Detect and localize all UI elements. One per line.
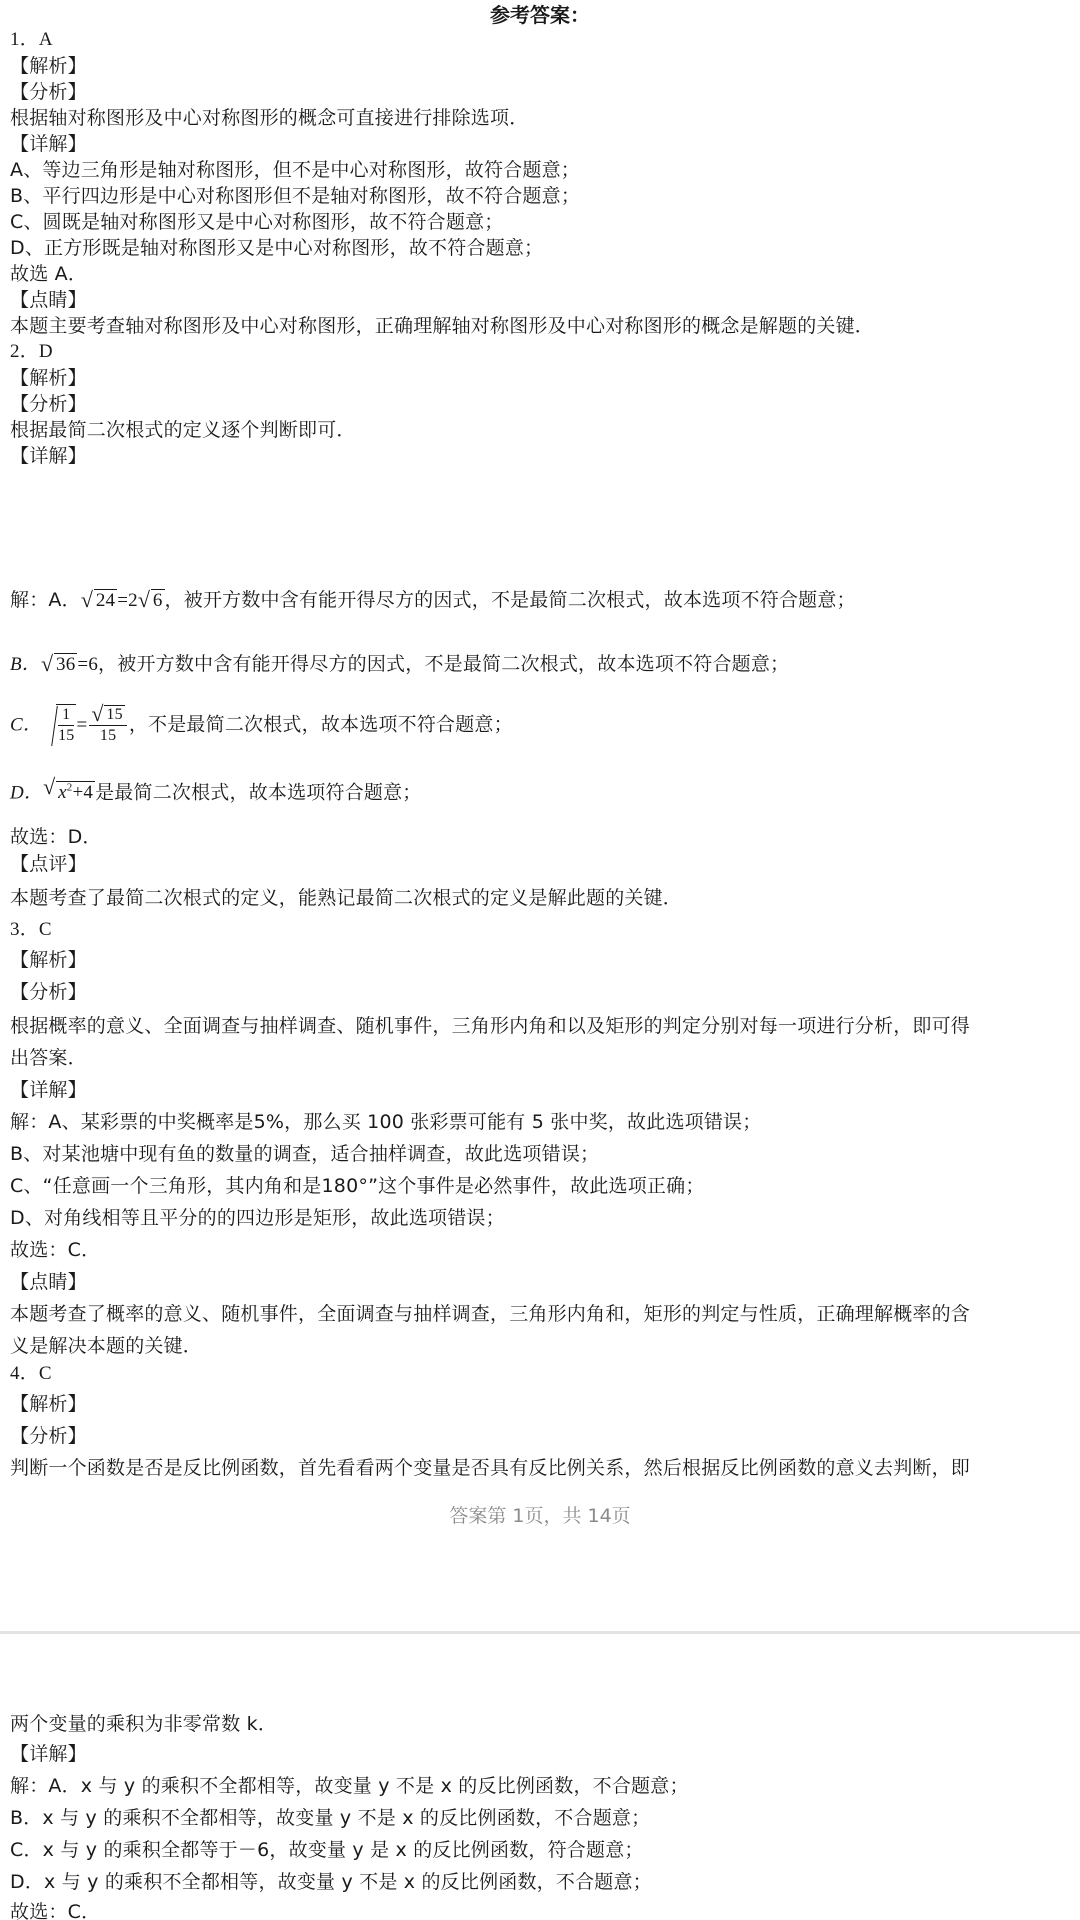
page-divider (0, 1631, 1080, 1634)
q2-xiangjie-heading: 【详解】 (10, 444, 87, 468)
q3-answer: 3．C (10, 918, 52, 942)
q3-fenxi-text-2: 出答案． (10, 1046, 87, 1070)
q4-option-b: B．x 与 y 的乘积不全都相等，故变量 y 不是 x 的反比例函数，不合题意； (10, 1806, 650, 1830)
q4-fenxi-heading: 【分析】 (10, 1424, 87, 1448)
q3-jiexi-heading: 【解析】 (10, 948, 87, 972)
q2-fenxi-text: 根据最简二次根式的定义逐个判断即可． (10, 418, 356, 442)
page-footer: 答案第 1页，共 14页 (0, 1503, 1080, 1529)
q3-dianjing-text-1: 本题考查了概率的意义、随机事件，全面调查与抽样调查，三角形内角和，矩形的判定与性… (10, 1302, 970, 1326)
q2-option-b: B．36=6，被开方数中含有能开得尽方的因式，不是最简二次根式，故本选项不符合题… (10, 652, 789, 677)
q1-dianjing-heading: 【点睛】 (10, 288, 87, 312)
q2-option-a-prefix: 解：A． (10, 589, 81, 611)
q1-option-c: C、圆既是轴对称图形又是中心对称图形，故不符合题意； (10, 210, 503, 234)
q2-answer: 2．D (10, 340, 53, 364)
q1-dianjing-text: 本题主要考查轴对称图形及中心对称图形，正确理解轴对称图形及中心对称图形的概念是解… (10, 314, 874, 338)
fraction-sqrt15-over-15: 1515 (89, 705, 126, 746)
q2-jiexi-heading: 【解析】 (10, 366, 87, 390)
q1-fenxi-text: 根据轴对称图形及中心对称图形的概念可直接进行排除选项． (10, 106, 528, 130)
q3-fenxi-text-1: 根据概率的意义、全面调查与抽样调查、随机事件，三角形内角和以及矩形的判定分别对每… (10, 1014, 970, 1038)
q4-fenxi-text-2: 两个变量的乘积为非零常数 k． (10, 1712, 277, 1736)
q3-dianjing-heading: 【点睛】 (10, 1270, 87, 1294)
q4-option-a: 解：A．x 与 y 的乘积不全都相等，故变量 y 不是 x 的反比例函数，不合题… (10, 1774, 689, 1798)
q4-jiexi-heading: 【解析】 (10, 1392, 87, 1416)
q3-xiangjie-heading: 【详解】 (10, 1078, 87, 1102)
q3-option-b: B、对某池塘中现有鱼的数量的调查，适合抽样调查，故此选项错误； (10, 1142, 599, 1166)
q1-option-a: A、等边三角形是轴对称图形，但不是中心对称图形，故符合题意； (10, 158, 580, 182)
q3-option-a: 解：A、某彩票的中奖概率是5%，那么买 100 张彩票可能有 5 张中奖，故此选… (10, 1110, 761, 1134)
q4-option-d: D．x 与 y 的乘积不全都相等，故变量 y 不是 x 的反比例函数，不合题意； (10, 1870, 652, 1894)
q2-conclusion: 故选：D． (10, 825, 102, 849)
q2-fenxi-heading: 【分析】 (10, 392, 87, 416)
sqrt-36: 36 (43, 653, 77, 677)
sqrt-6: 6 (140, 589, 165, 613)
q1-jiexi-heading: 【解析】 (10, 54, 87, 78)
q4-xiangjie-heading: 【详解】 (10, 1742, 87, 1766)
q2-option-c: C．115=1515，不是最简二次根式，故本选项不符合题意； (10, 704, 513, 746)
sqrt-fraction: 115 (42, 704, 76, 746)
sqrt-24: 24 (83, 589, 117, 613)
q3-conclusion: 故选：C． (10, 1238, 100, 1262)
q3-option-c: C、“任意画一个三角形，其内角和是180°”这个事件是必然事件，故此选项正确； (10, 1174, 705, 1198)
q3-dianjing-text-2: 义是解决本题的关键． (10, 1334, 202, 1358)
q1-conclusion: 故选 A． (10, 262, 87, 286)
q4-fenxi-text-1: 判断一个函数是否是反比例函数，首先看看两个变量是否具有反比例关系，然后根据反比例… (10, 1456, 970, 1480)
q1-fenxi-heading: 【分析】 (10, 80, 87, 104)
q4-conclusion: 故选：C． (10, 1900, 100, 1920)
q1-answer: 1．A (10, 28, 53, 52)
q2-dianping-text: 本题考查了最简二次根式的定义，能熟记最简二次根式的定义是解此题的关键． (10, 886, 682, 910)
sqrt-x2-plus-4: x2+4 (45, 776, 95, 805)
q2-option-a: 解：A．24=26，被开方数中含有能开得尽方的因式，不是最简二次根式，故本选项不… (10, 588, 856, 613)
q3-fenxi-heading: 【分析】 (10, 980, 87, 1004)
q2-dianping-heading: 【点评】 (10, 852, 87, 876)
q1-xiangjie-heading: 【详解】 (10, 132, 87, 156)
q4-answer: 4．C (10, 1362, 52, 1386)
page-title: 参考答案： (0, 2, 1080, 28)
q2-option-d: D．x2+4是最简二次根式，故本选项符合题意； (10, 776, 422, 805)
q4-option-c: C．x 与 y 的乘积全都等于－6，故变量 y 是 x 的反比例函数，符合题意； (10, 1838, 644, 1862)
q1-option-d: D、正方形既是轴对称图形又是中心对称图形，故不符合题意； (10, 236, 543, 260)
q1-option-b: B、平行四边形是中心对称图形但不是轴对称图形，故不符合题意； (10, 184, 580, 208)
q3-option-d: D、对角线相等且平分的的四边形是矩形，故此选项错误； (10, 1206, 505, 1230)
